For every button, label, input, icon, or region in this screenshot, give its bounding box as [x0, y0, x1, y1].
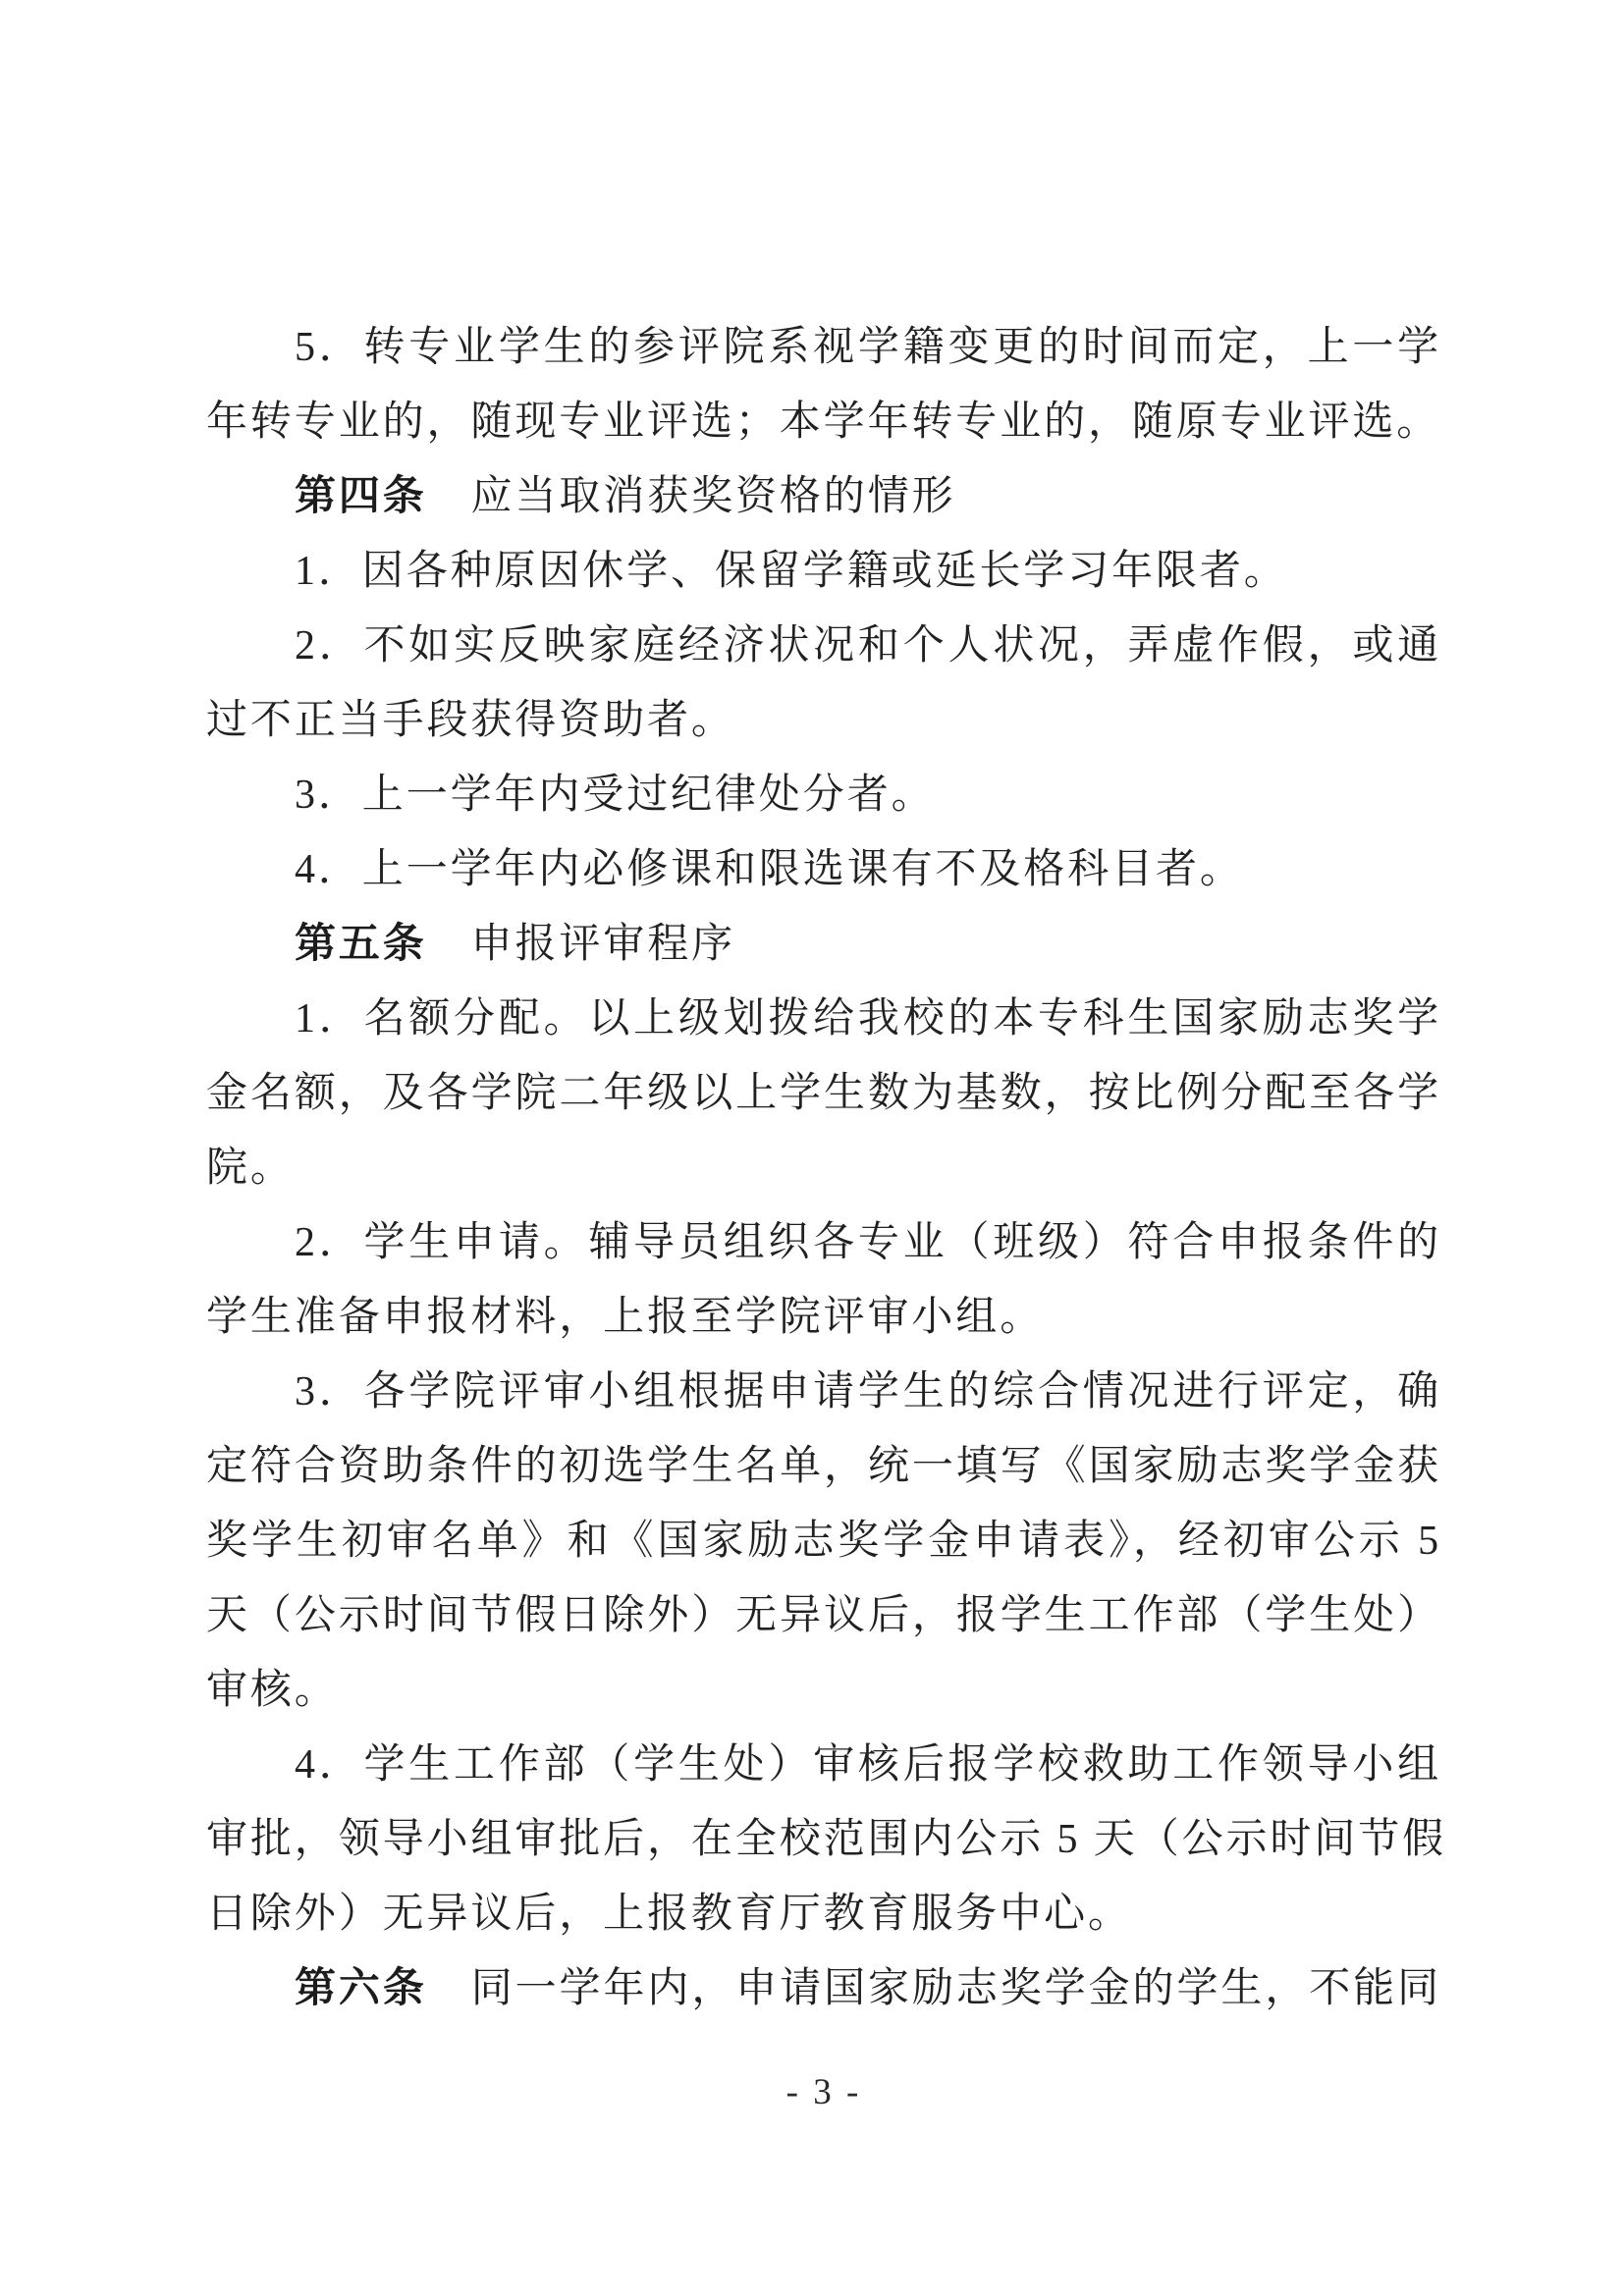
- line-text: 应当取消获奖资格的情形: [427, 474, 956, 519]
- line-text: 1．因各种原因休学、保留学籍或延长学习年限者。: [295, 549, 1288, 594]
- document-page: 5．转专业学生的参评院系视学籍变更的时间而定，上一学 年转专业的，随现专业评选；…: [0, 0, 1624, 2296]
- line-text: 2．不如实反映家庭经济状况和个人状况，弄虚作假，或通: [295, 623, 1441, 668]
- line-text: 院。: [206, 1146, 295, 1191]
- line-text: 学生准备申报材料，上报至学院评审小组。: [206, 1295, 1044, 1340]
- line-text: 5．转专业学生的参评院系视学籍变更的时间而定，上一学: [295, 325, 1441, 370]
- text-line: 年转专业的，随现专业评选；本学年转专业的，随原专业评选。: [206, 385, 1441, 459]
- text-line: 2．学生申请。辅导员组织各专业（班级）符合申报条件的: [206, 1205, 1441, 1280]
- text-line: 审核。: [206, 1653, 1441, 1728]
- text-line: 3．上一学年内受过纪律处分者。: [206, 758, 1441, 832]
- line-text: 申报评审程序: [427, 922, 735, 967]
- text-line: 过不正当手段获得资助者。: [206, 683, 1441, 758]
- text-line: 4．上一学年内必修课和限选课有不及格科目者。: [206, 832, 1441, 907]
- line-text: 审批，领导小组审批后，在全校范围内公示 5 天（公示时间节假: [206, 1817, 1446, 1862]
- line-text: 奖学生初审名单》和《国家励志奖学金申请表》，经初审公示 5: [206, 1519, 1441, 1564]
- text-line: 奖学生初审名单》和《国家励志奖学金申请表》，经初审公示 5: [206, 1504, 1441, 1578]
- line-text: 过不正当手段获得资助者。: [206, 698, 735, 743]
- line-text: 2．学生申请。辅导员组织各专业（班级）符合申报条件的: [295, 1220, 1441, 1265]
- line-text: 3．各学院评审小组根据申请学生的综合情况进行评定，确: [295, 1369, 1441, 1415]
- text-line: 院。: [206, 1131, 1441, 1205]
- page-number: - 3 -: [206, 2061, 1441, 2124]
- line-text: 4．学生工作部（学生处）审核后报学校救助工作领导小组: [295, 1742, 1441, 1788]
- text-line: 定符合资助条件的初选学生名单，统一填写《国家励志奖学金获: [206, 1429, 1441, 1504]
- text-line: 1．名额分配。以上级划拨给我校的本专科生国家励志奖学: [206, 982, 1441, 1056]
- line-text: 3．上一学年内受过纪律处分者。: [295, 773, 936, 818]
- text-line: 金名额，及各学院二年级以上学生数为基数，按比例分配至各学: [206, 1056, 1441, 1131]
- line-text: 金名额，及各学院二年级以上学生数为基数，按比例分配至各学: [206, 1071, 1441, 1116]
- article-number: 第四条: [295, 474, 427, 519]
- line-text: 定符合资助条件的初选学生名单，统一填写《国家励志奖学金获: [206, 1444, 1441, 1489]
- article-number: 第五条: [295, 922, 427, 967]
- line-text: 审核。: [206, 1668, 339, 1713]
- text-line: 1．因各种原因休学、保留学籍或延长学习年限者。: [206, 534, 1441, 609]
- line-text: 日除外）无异议后，上报教育厅教育服务中心。: [206, 1892, 1132, 1937]
- line-text: 4．上一学年内必修课和限选课有不及格科目者。: [295, 847, 1244, 892]
- text-line: 5．转专业学生的参评院系视学籍变更的时间而定，上一学: [206, 310, 1441, 385]
- text-line: 天（公示时间节假日除外）无异议后，报学生工作部（学生处）: [206, 1578, 1441, 1653]
- text-line: 日除外）无异议后，上报教育厅教育服务中心。: [206, 1877, 1441, 1951]
- text-line: 审批，领导小组审批后，在全校范围内公示 5 天（公示时间节假: [206, 1802, 1441, 1877]
- line-text: 年转专业的，随现专业评选；本学年转专业的，随原专业评选。: [206, 400, 1440, 445]
- line-text: 1．名额分配。以上级划拨给我校的本专科生国家励志奖学: [295, 996, 1441, 1041]
- line-text: 同一学年内，申请国家励志奖学金的学生，不能同: [427, 1966, 1441, 2011]
- text-line: 3．各学院评审小组根据申请学生的综合情况进行评定，确: [206, 1355, 1441, 1429]
- text-line-article-4: 第四条 应当取消获奖资格的情形: [206, 459, 1441, 534]
- text-line: 2．不如实反映家庭经济状况和个人状况，弄虚作假，或通: [206, 609, 1441, 683]
- line-text: 天（公示时间节假日除外）无异议后，报学生工作部（学生处）: [206, 1593, 1441, 1638]
- text-line: 学生准备申报材料，上报至学院评审小组。: [206, 1280, 1441, 1355]
- text-line-article-6: 第六条 同一学年内，申请国家励志奖学金的学生，不能同: [206, 1951, 1441, 2026]
- text-line: 4．学生工作部（学生处）审核后报学校救助工作领导小组: [206, 1728, 1441, 1802]
- text-line-article-5: 第五条 申报评审程序: [206, 907, 1441, 982]
- article-number: 第六条: [295, 1966, 427, 2011]
- document-body: 5．转专业学生的参评院系视学籍变更的时间而定，上一学 年转专业的，随现专业评选；…: [206, 310, 1441, 2026]
